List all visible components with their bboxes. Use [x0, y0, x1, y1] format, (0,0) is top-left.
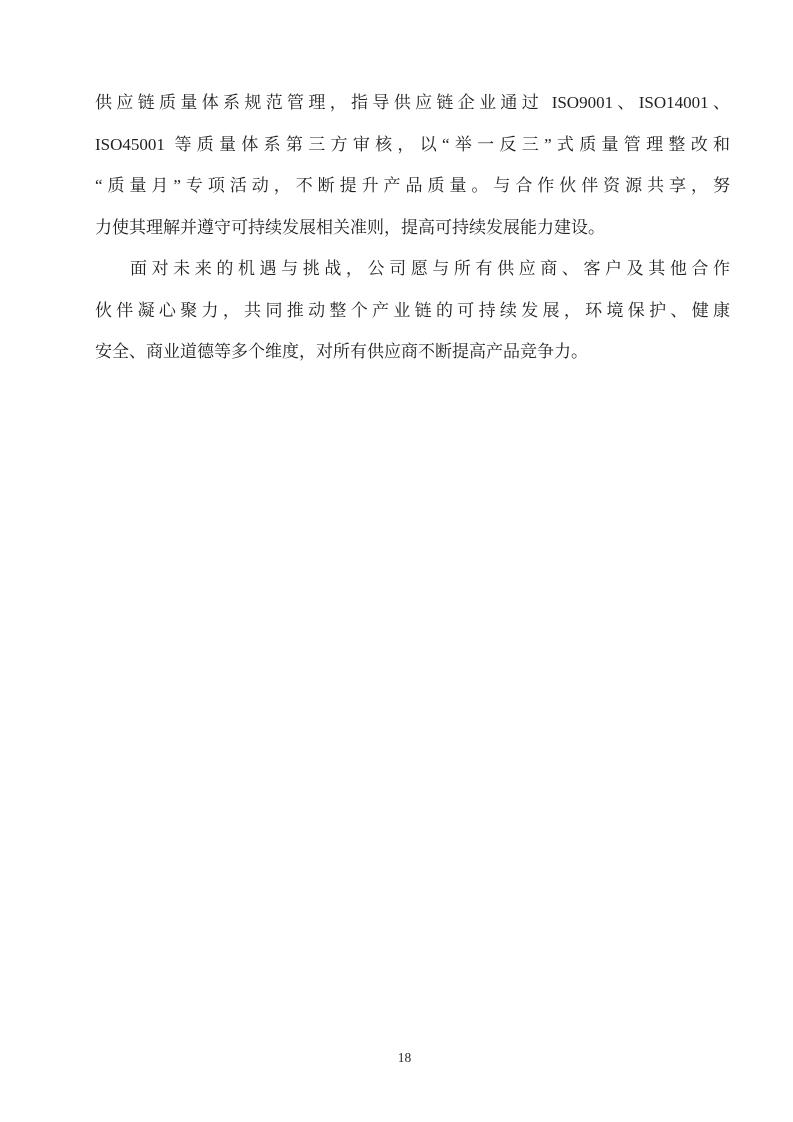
page-body: 供应链质量体系规范管理，指导供应链企业通过 ISO9001、ISO14001、 …: [95, 82, 730, 373]
document-page: 供应链质量体系规范管理，指导供应链企业通过 ISO9001、ISO14001、 …: [0, 0, 793, 1122]
paragraph-line: ISO45001 等质量体系第三方审核，以“举一反三”式质量管理整改和: [95, 124, 730, 166]
paragraph-line: 力使其理解并遵守可持续发展相关准则，提高可持续发展能力建设。: [95, 207, 730, 249]
paragraph-line: 供应链质量体系规范管理，指导供应链企业通过 ISO9001、ISO14001、: [95, 82, 730, 124]
paragraph-line: 安全、商业道德等多个维度，对所有供应商不断提高产品竞争力。: [95, 331, 730, 373]
paragraph-line: “质量月”专项活动，不断提升产品质量。与合作伙伴资源共享，努: [95, 165, 730, 207]
paragraph-line: 伙伴凝心聚力，共同推动整个产业链的可持续发展，环境保护、健康: [95, 290, 730, 332]
paragraph-line: 面对未来的机遇与挑战，公司愿与所有供应商、客户及其他合作: [95, 248, 730, 290]
page-number: 18: [8, 1048, 793, 1068]
